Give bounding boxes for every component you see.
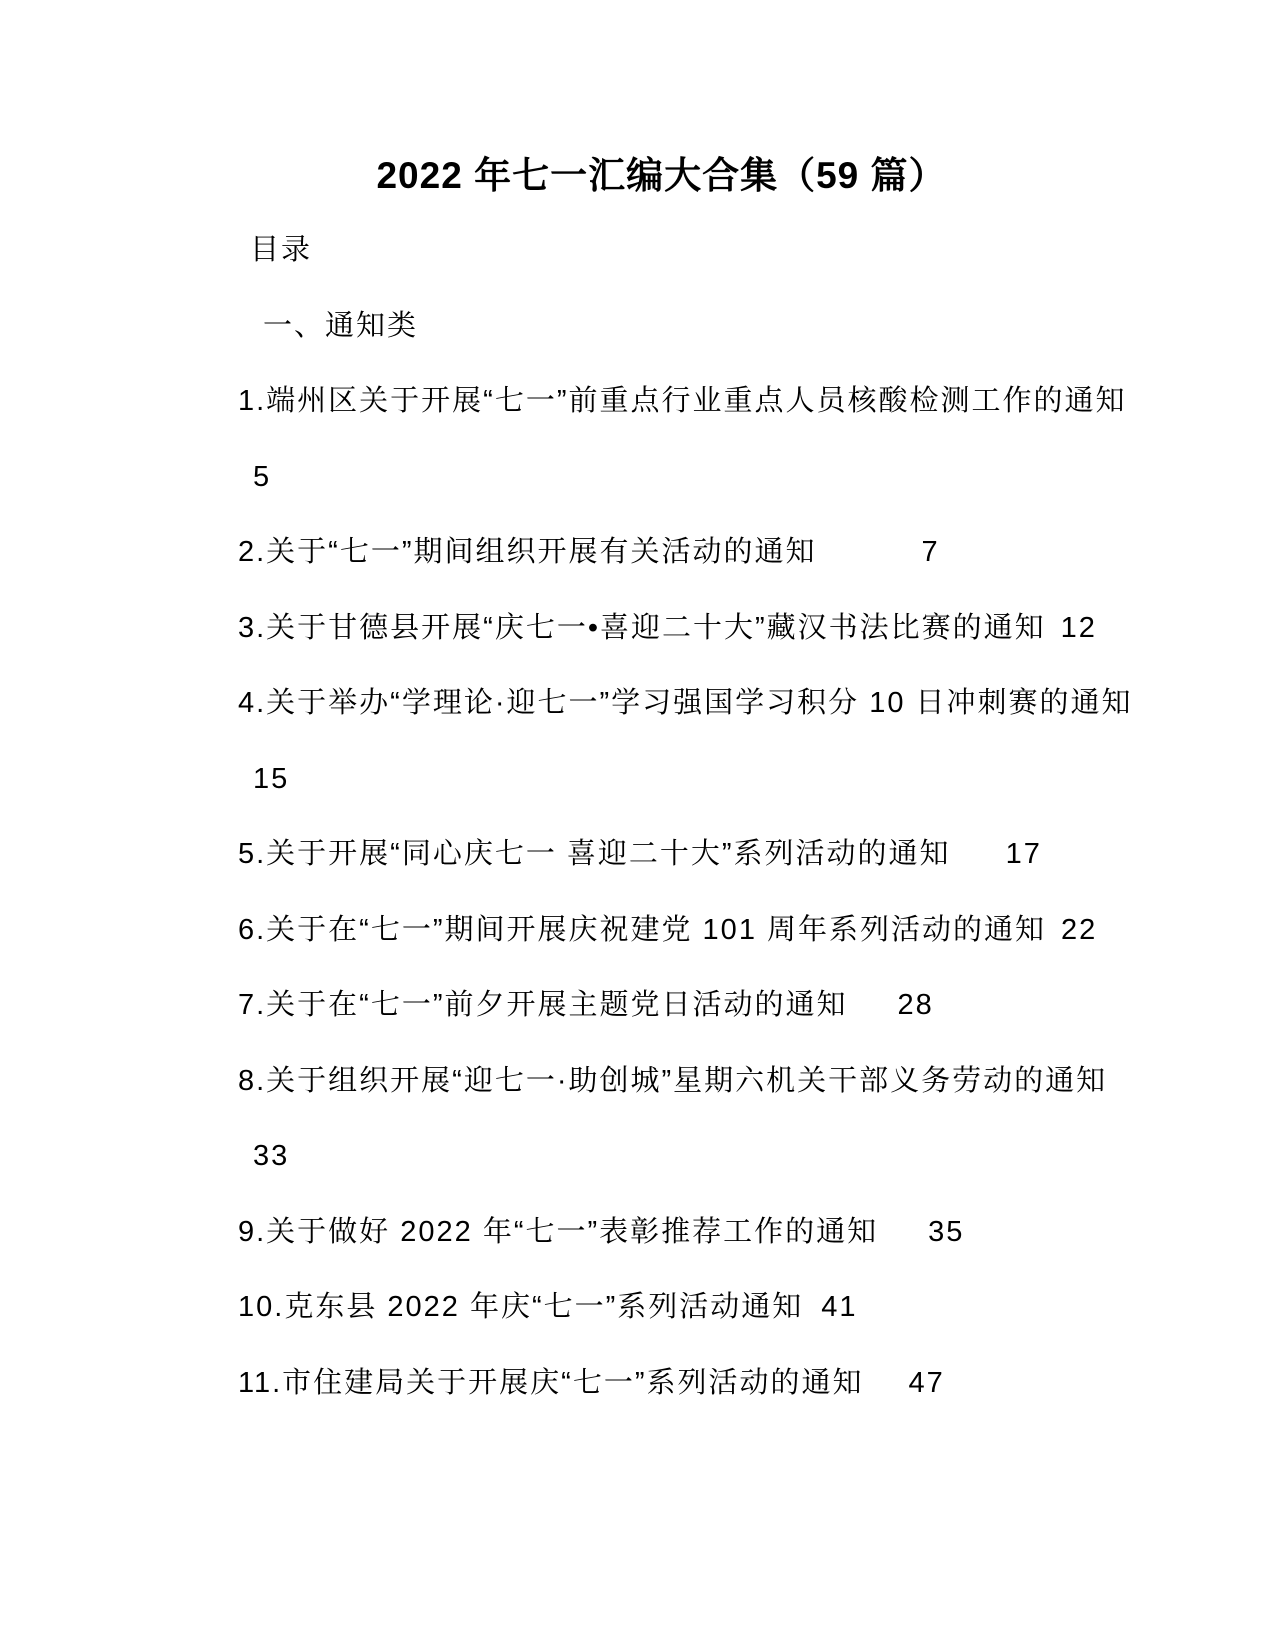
toc-entry: 6.关于在“七一”期间开展庆祝建党 101 周年系列活动的通知22 — [238, 893, 1085, 969]
toc-entry-page: 12 — [1061, 612, 1097, 644]
toc-heading: 目录 — [238, 213, 1085, 289]
toc-entry: 1.端州区关于开展“七一”前重点行业重点人员核酸检测工作的通知 — [238, 364, 1085, 440]
toc-entry: 9.关于做好 2022 年“七一”表彰推荐工作的通知35 — [238, 1195, 1085, 1271]
toc-entry-page-line: 5 — [238, 440, 1085, 516]
toc-entry: 4.关于举办“学理论·迎七一”学习强国学习积分 10 日冲刺赛的通知 — [238, 666, 1085, 742]
toc-entry-text: 2.关于“七一”期间组织开展有关活动的通知 — [238, 536, 817, 568]
toc-entry-page: 33 — [253, 1140, 289, 1172]
toc-entry-text: 1.端州区关于开展“七一”前重点行业重点人员核酸检测工作的通知 — [238, 385, 1127, 417]
toc-entry-text: 9.关于做好 2022 年“七一”表彰推荐工作的通知 — [238, 1216, 878, 1248]
toc-entry-text: 3.关于甘德县开展“庆七一•喜迎二十大”藏汉书法比赛的通知 — [238, 612, 1046, 644]
toc-entry: 5.关于开展“同心庆七一 喜迎二十大”系列活动的通知17 — [238, 817, 1085, 893]
toc-entry-page: 35 — [928, 1216, 964, 1248]
toc-entry-page: 17 — [1006, 838, 1042, 870]
toc-list: 1.端州区关于开展“七一”前重点行业重点人员核酸检测工作的通知52.关于“七一”… — [238, 364, 1085, 1421]
toc-entry-text: 11.市住建局关于开展庆“七一”系列活动的通知 — [238, 1367, 863, 1399]
toc-entry: 11.市住建局关于开展庆“七一”系列活动的通知47 — [238, 1346, 1085, 1422]
toc-entry-text: 4.关于举办“学理论·迎七一”学习强国学习积分 10 日冲刺赛的通知 — [238, 687, 1133, 719]
toc-entry-page-line: 15 — [238, 742, 1085, 818]
toc-entry: 8.关于组织开展“迎七一·助创城”星期六机关干部义务劳动的通知 — [238, 1044, 1085, 1120]
toc-entry-text: 7.关于在“七一”前夕开展主题党日活动的通知 — [238, 989, 848, 1021]
toc-entry: 2.关于“七一”期间组织开展有关活动的通知7 — [238, 515, 1085, 591]
toc-entry-text: 6.关于在“七一”期间开展庆祝建党 101 周年系列活动的通知 — [238, 914, 1046, 946]
document-title: 2022 年七一汇编大合集（59 篇） — [238, 138, 1085, 213]
toc-entry-text: 10.克东县 2022 年庆“七一”系列活动通知 — [238, 1291, 803, 1323]
toc-entry: 10.克东县 2022 年庆“七一”系列活动通知41 — [238, 1270, 1085, 1346]
toc-entry: 3.关于甘德县开展“庆七一•喜迎二十大”藏汉书法比赛的通知12 — [238, 591, 1085, 667]
toc-entry-page: 7 — [922, 536, 940, 568]
toc-entry-page: 41 — [821, 1291, 857, 1323]
toc-entry-page: 47 — [908, 1367, 944, 1399]
toc-entry-page-line: 33 — [238, 1119, 1085, 1195]
toc-entry-page: 28 — [898, 989, 934, 1021]
document-page: 2022 年七一汇编大合集（59 篇） 目录 一、通知类 1.端州区关于开展“七… — [0, 0, 1275, 1650]
toc-entry-text: 8.关于组织开展“迎七一·助创城”星期六机关干部义务劳动的通知 — [238, 1065, 1107, 1097]
toc-entry-page: 15 — [253, 763, 289, 795]
toc-entry-page: 5 — [253, 461, 271, 493]
toc-entry-page: 22 — [1061, 914, 1097, 946]
toc-entry-text: 5.关于开展“同心庆七一 喜迎二十大”系列活动的通知 — [238, 838, 951, 870]
toc-entry: 7.关于在“七一”前夕开展主题党日活动的通知28 — [238, 968, 1085, 1044]
section-heading: 一、通知类 — [238, 289, 1085, 365]
